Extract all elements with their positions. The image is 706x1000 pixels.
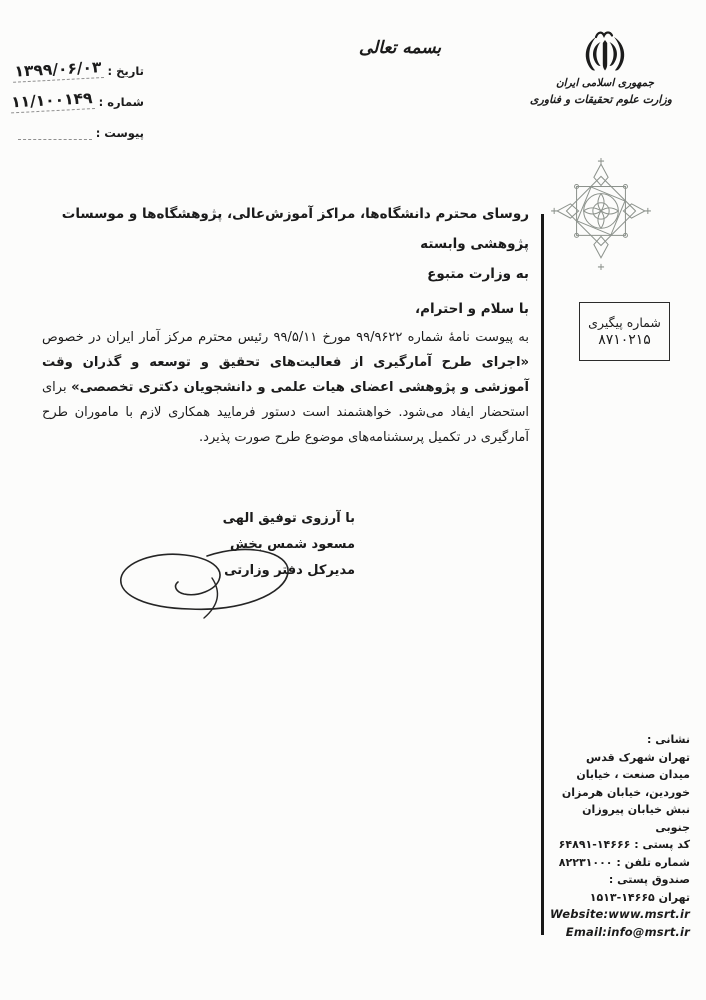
handwritten-signature: [112, 538, 297, 620]
body-text-subject: «اجرای طرح آمارگیری از فعالیت‌های تحقیق …: [42, 355, 529, 395]
po-box-label: صندوق پستی :: [546, 871, 690, 889]
address-line: تهران شهرک قدس: [546, 749, 690, 767]
attachment-label: پیوست :: [96, 126, 144, 140]
ministry-name: وزارت علوم تحقیقات و فناوری: [538, 93, 672, 106]
tracking-label: شماره پیگیری: [588, 315, 661, 330]
date-label: تاریخ :: [108, 64, 144, 78]
address-line: نبش خیابان پیروزان جنوبی: [546, 801, 690, 836]
bismillah-text: بسمه تعالی: [320, 38, 480, 58]
letter-meta: تاریخ : ۱۳۹۹/۰۶/۰۳ شماره : ۱۱/۱۰۰۱۴۹ پیو…: [12, 56, 144, 149]
po-box-value: تهران ۱۴۶۶۵-۱۵۱۳: [546, 889, 690, 907]
email-address: Email:info@msrt.ir: [546, 924, 690, 942]
letter-page: تاریخ : ۱۳۹۹/۰۶/۰۳ شماره : ۱۱/۱۰۰۱۴۹ پیو…: [0, 0, 706, 1000]
recipient-line1: روسای محترم دانشگاه‌ها، مراکز آموزش‌عالی…: [42, 199, 529, 259]
attachment-row: پیوست :: [12, 118, 144, 140]
recipient-line2: به وزارت متبوع: [42, 259, 529, 289]
letterhead: جمهوری اسلامی ایران وزارت علوم تحقیقات و…: [538, 28, 672, 106]
letter-body: روسای محترم دانشگاه‌ها، مراکز آموزش‌عالی…: [42, 199, 529, 450]
number-row: شماره : ۱۱/۱۰۰۱۴۹: [12, 87, 144, 109]
iran-emblem-icon: [579, 28, 631, 74]
salutation: با سلام و احترام،: [42, 296, 529, 323]
attachment-value: [18, 126, 92, 140]
address-label: نشانی :: [546, 731, 690, 749]
number-value: ۱۱/۱۰۰۱۴۹: [10, 89, 95, 113]
body-text-1: به پیوست نامۀ شماره ۹۹/۹۶۲۲ مورخ ۹۹/۵/۱۱…: [42, 330, 529, 345]
recipient-block: روسای محترم دانشگاه‌ها، مراکز آموزش‌عالی…: [42, 199, 529, 289]
website-url: Website:www.msrt.ir: [546, 906, 690, 924]
date-value: ۱۳۹۹/۰۶/۰۳: [12, 58, 104, 83]
country-name: جمهوری اسلامی ایران: [538, 77, 672, 89]
body-paragraph: به پیوست نامۀ شماره ۹۹/۹۶۲۲ مورخ ۹۹/۵/۱۱…: [42, 325, 529, 450]
footer-address: نشانی : تهران شهرک قدس میدان صنعت ، خیاب…: [546, 731, 690, 941]
tracking-number: ۸۷۱۰۲۱۵: [598, 332, 651, 348]
ornament-medallion: [550, 158, 652, 270]
number-label: شماره :: [99, 95, 144, 109]
date-row: تاریخ : ۱۳۹۹/۰۶/۰۳: [12, 56, 144, 78]
address-line: خوردین، خیابان هرمزان: [546, 784, 690, 802]
address-line: میدان صنعت ، خیابان: [546, 766, 690, 784]
signature-wish: با آرزوی توفیق الهی: [150, 506, 355, 532]
postal-code: کد پستی : ۱۴۶۶۶-۶۴۸۹۱: [546, 836, 690, 854]
phone-number: شماره تلفن : ۸۲۲۳۱۰۰۰: [546, 854, 690, 872]
tracking-box: شماره پیگیری ۸۷۱۰۲۱۵: [579, 302, 670, 361]
vertical-divider: [541, 214, 544, 935]
